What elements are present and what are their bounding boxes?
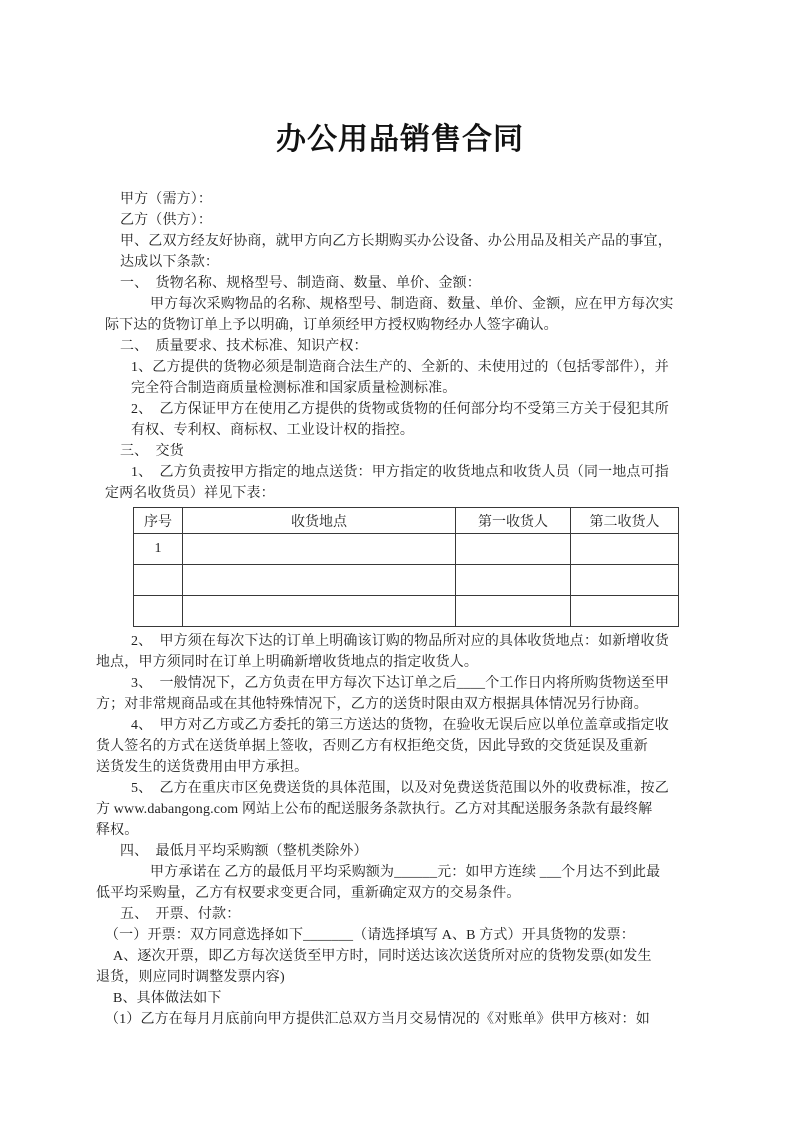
delivery-table-row: [134, 596, 679, 627]
clause-line: 释权。: [0, 820, 800, 841]
clause-line: 2、 乙方保证甲方在使用乙方提供的货物或货物的任何部分均不受第三方关于侵犯其所: [0, 399, 800, 420]
delivery-table-cell: [183, 534, 456, 565]
clause-line: 际下达的货物订单上予以明确，订单须经甲方授权购物经办人签字确认。: [0, 315, 800, 336]
clause-line: B、具体做法如下: [0, 988, 800, 1009]
clause-line: 甲方每次采购物品的名称、规格型号、制造商、数量、单价、金额，应在甲方每次实: [0, 294, 800, 315]
column-header-first-consignee: 第一收货人: [456, 508, 571, 534]
delivery-table-cell: [134, 565, 183, 596]
delivery-table-cell: [183, 565, 456, 596]
clause-line: 低平均采购量，乙方有权要求变更合同，重新确定双方的交易条件。: [0, 883, 800, 904]
clause-line: （1）乙方在每月月底前向甲方提供汇总双方当月交易情况的《对账单》供甲方核对：如: [0, 1009, 800, 1030]
delivery-table-row: 1: [134, 534, 679, 565]
clause-line: 甲、乙双方经友好协商，就甲方向乙方长期购买办公设备、办公用品及相关产品的事宜，: [0, 231, 800, 252]
clause-line: 2、 甲方须在每次下达的订单上明确该订购的物品所对应的具体收货地点：如新增收货: [0, 631, 800, 652]
clause-line: 四、 最低月平均采购额（整机类除外）: [0, 841, 800, 862]
contract-body: 甲方（需方）：乙方（供方）：甲、乙双方经友好协商，就甲方向乙方长期购买办公设备、…: [0, 189, 800, 1030]
delivery-table-cell: [571, 534, 679, 565]
clause-line: 3、 一般情况下，乙方负责在甲方每次下达订单之后____个工作日内将所购货物送至…: [0, 673, 800, 694]
delivery-table-header-row: 序号 收货地点 第一收货人 第二收货人: [134, 508, 679, 534]
delivery-table-cell: 1: [134, 534, 183, 565]
clause-line: 五、 开票、付款：: [0, 904, 800, 925]
delivery-table-cell: [183, 596, 456, 627]
clause-line: 有权、专利权、商标权、工业设计权的指控。: [0, 420, 800, 441]
clause-line: 货人签名的方式在送货单据上签收，否则乙方有权拒绝交货，因此导致的交货延误及重新: [0, 736, 800, 757]
contract-page: 办公用品销售合同 甲方（需方）：乙方（供方）：甲、乙双方经友好协商，就甲方向乙方…: [0, 0, 800, 1132]
delivery-locations-table: 序号 收货地点 第一收货人 第二收货人 1: [133, 507, 679, 627]
column-header-second-consignee: 第二收货人: [571, 508, 679, 534]
clauses-before-table: 甲方（需方）：乙方（供方）：甲、乙双方经友好协商，就甲方向乙方长期购买办公设备、…: [0, 189, 800, 504]
clause-line: 乙方（供方）：: [0, 210, 800, 231]
clause-line: 定两名收货员）祥见下表：: [0, 483, 800, 504]
clause-line: 4、 甲方对乙方或乙方委托的第三方送达的货物，在验收无误后应以单位盖章或指定收: [0, 715, 800, 736]
clause-line: 一、 货物名称、规格型号、制造商、数量、单价、金额：: [0, 273, 800, 294]
column-header-serial-number: 序号: [134, 508, 183, 534]
delivery-table-cell: [456, 596, 571, 627]
clause-line: 达成以下条款：: [0, 252, 800, 273]
delivery-table-row: [134, 565, 679, 596]
clause-line: 甲方（需方）：: [0, 189, 800, 210]
clause-line: 二、 质量要求、技术标准、知识产权：: [0, 336, 800, 357]
clause-line: 甲方承诺在 乙方的最低月平均采购额为______元：如甲方连续 ___个月达不到…: [0, 862, 800, 883]
delivery-table-cell: [456, 565, 571, 596]
contract-title: 办公用品销售合同: [0, 120, 800, 160]
column-header-delivery-location: 收货地点: [183, 508, 456, 534]
delivery-table-cell: [571, 596, 679, 627]
clause-line: 完全符合制造商质量检测标准和国家质量检测标准。: [0, 378, 800, 399]
clause-line: 方 www.dabangong.com 网站上公布的配送服务条款执行。乙方对其配…: [0, 799, 800, 820]
delivery-table-cell: [134, 596, 183, 627]
delivery-table-cell: [571, 565, 679, 596]
clause-line: （一）开票：双方同意选择如下_______（请选择填写 A、B 方式）开具货物的…: [0, 925, 800, 946]
clause-line: 1、乙方提供的货物必须是制造商合法生产的、全新的、未使用过的（包括零部件），并: [0, 357, 800, 378]
delivery-table-cell: [456, 534, 571, 565]
clauses-after-table: 2、 甲方须在每次下达的订单上明确该订购的物品所对应的具体收货地点：如新增收货地…: [0, 631, 800, 1030]
clause-line: 1、 乙方负责按甲方指定的地点送货：甲方指定的收货地点和收货人员（同一地点可指: [0, 462, 800, 483]
clause-line: 送货发生的送货费用由甲方承担。: [0, 757, 800, 778]
clause-line: 地点，甲方须同时在订单上明确新增收货地点的指定收货人。: [0, 652, 800, 673]
clause-line: 5、 乙方在重庆市区免费送货的具体范围，以及对免费送货范围以外的收费标准，按乙: [0, 778, 800, 799]
clause-line: 三、 交货: [0, 441, 800, 462]
clause-line: 方；对非常规商品或在其他特殊情况下，乙方的送货时限由双方根据具体情况另行协商。: [0, 694, 800, 715]
clause-line: 退货，则应同时调整发票内容): [0, 967, 800, 988]
clause-line: A、逐次开票，即乙方每次送货至甲方时，同时送达该次送货所对应的货物发票(如发生: [0, 946, 800, 967]
